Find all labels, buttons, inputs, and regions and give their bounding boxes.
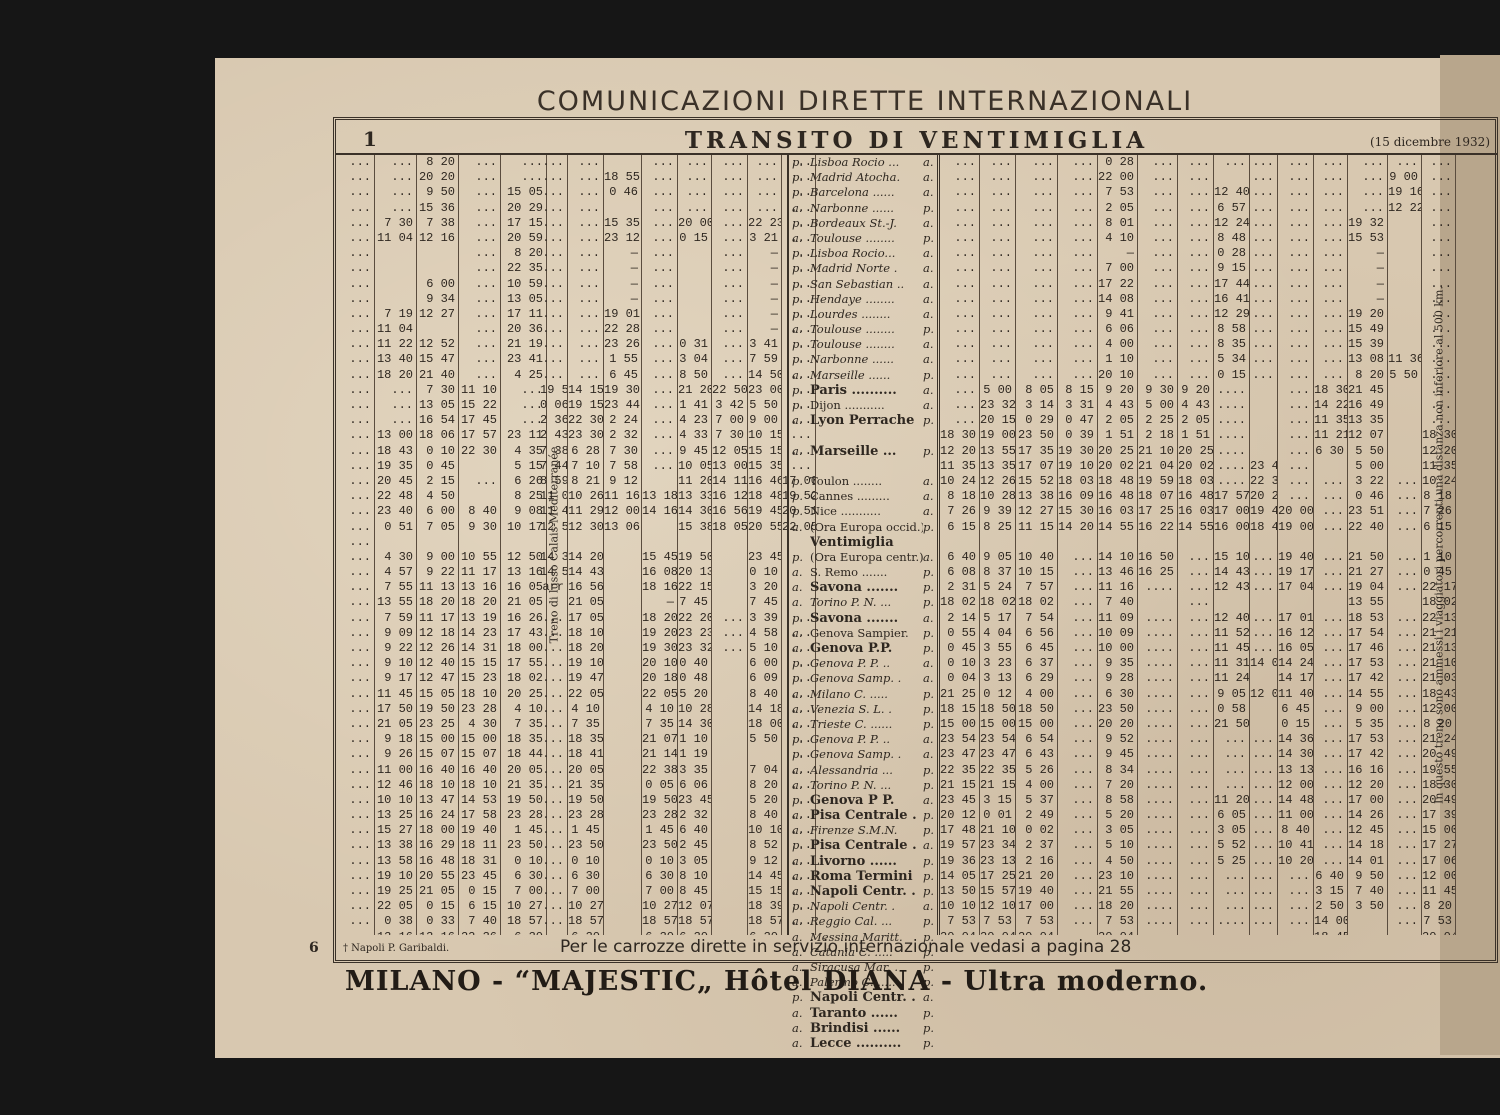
time-cell: 12 24 bbox=[1214, 216, 1246, 231]
time-cell: 13 00 bbox=[712, 459, 744, 474]
time-cell: ... bbox=[940, 231, 976, 246]
time-cell: 19 45 bbox=[748, 504, 778, 519]
time-cell: ... bbox=[1250, 337, 1274, 352]
time-cell: 12 27 bbox=[417, 307, 455, 322]
time-cell: 2 36 bbox=[540, 413, 564, 428]
time-cell: ... bbox=[1278, 444, 1310, 459]
time-cell: .... bbox=[1214, 398, 1246, 413]
time-cell: ... bbox=[712, 368, 744, 383]
time-cell: ... bbox=[1178, 292, 1210, 307]
time-cell: ... bbox=[1314, 580, 1344, 595]
time-cell: ... bbox=[1278, 383, 1310, 398]
station-name: (Ora Europa occid.) bbox=[810, 520, 923, 535]
time-cell bbox=[712, 808, 744, 823]
time-cell: 23 45 bbox=[1250, 459, 1274, 474]
time-cell: 17 50 bbox=[375, 702, 413, 717]
arr-dep-marker: p. bbox=[923, 413, 937, 428]
time-cell: 23 51 bbox=[1348, 504, 1384, 519]
time-cell: 13 05 bbox=[501, 292, 543, 307]
time-cell: 12 43 bbox=[1214, 580, 1246, 595]
time-cell: 18 30 bbox=[1314, 383, 1344, 398]
arr-dep-marker: p. bbox=[789, 155, 810, 170]
time-cell: ... bbox=[1314, 854, 1344, 869]
time-cell: 15 47 bbox=[417, 352, 455, 367]
time-cell bbox=[1388, 307, 1418, 322]
station-name: Dijon ........... bbox=[810, 398, 923, 413]
time-cell: ... bbox=[712, 155, 744, 170]
time-cell: ... bbox=[712, 611, 744, 626]
time-cell: ... bbox=[1388, 763, 1418, 778]
time-cell: 0 48 bbox=[678, 671, 708, 686]
time-cell: 5 17 bbox=[980, 611, 1012, 626]
time-cell: 16 46 bbox=[748, 474, 778, 489]
arr-dep-marker: p. bbox=[789, 504, 810, 519]
time-cell: 18 00 bbox=[748, 717, 778, 732]
time-cell: 3 50 bbox=[1348, 899, 1384, 914]
time-cell: 0 55 bbox=[940, 626, 976, 641]
time-cell: ... bbox=[1138, 352, 1174, 367]
time-cell: ... bbox=[642, 337, 674, 352]
time-cell: — bbox=[1348, 292, 1384, 307]
time-cell: ... bbox=[459, 155, 497, 170]
time-cell: ... bbox=[1178, 352, 1210, 367]
time-cell: ... bbox=[1016, 292, 1054, 307]
station-row: a.Lyon Perrachep. bbox=[789, 413, 937, 428]
station-row bbox=[789, 428, 937, 443]
time-cell: 0 10 bbox=[642, 854, 674, 869]
time-cell: ... bbox=[1016, 277, 1054, 292]
time-cell bbox=[1348, 535, 1384, 550]
time-cell: 21 10 bbox=[1138, 444, 1174, 459]
time-cell: .... bbox=[1138, 717, 1174, 732]
time-cell: 18 11 bbox=[459, 838, 497, 853]
time-cell bbox=[1138, 595, 1174, 610]
time-cell: ... bbox=[1178, 702, 1210, 717]
time-cell: 7 53 bbox=[1098, 185, 1134, 200]
time-cell bbox=[712, 884, 744, 899]
time-column: ........................................… bbox=[642, 155, 678, 935]
time-cell bbox=[459, 489, 497, 504]
time-cell: 21 50 bbox=[1214, 717, 1246, 732]
time-cell: 8 48 bbox=[1214, 231, 1246, 246]
time-cell: 22 20 bbox=[678, 611, 708, 626]
arr-dep-marker: p. bbox=[923, 854, 937, 869]
time-cell bbox=[604, 717, 638, 732]
time-cell: 18 02 bbox=[1016, 595, 1054, 610]
distance-note-label: In questo treno sono ammessi i viaggiato… bbox=[1431, 286, 1446, 804]
time-cell: 18 20 bbox=[417, 595, 455, 610]
arr-dep-marker: a. bbox=[923, 504, 937, 519]
time-cell bbox=[1250, 428, 1274, 443]
time-cell: ... bbox=[1388, 778, 1418, 793]
time-cell: 5 20 bbox=[748, 793, 778, 808]
time-cell bbox=[1250, 702, 1274, 717]
time-cell: ... bbox=[940, 352, 976, 367]
time-column: ........................................… bbox=[980, 155, 1016, 935]
time-cell: .... bbox=[1138, 808, 1174, 823]
time-cell: ... bbox=[337, 535, 371, 550]
time-cell: 11 29 bbox=[568, 504, 600, 519]
time-cell: 4 33 bbox=[678, 428, 708, 443]
time-cell: 6 43 bbox=[1016, 747, 1054, 762]
time-cell: 18 06 bbox=[417, 428, 455, 443]
time-cell: ... bbox=[540, 307, 564, 322]
time-cell: ... bbox=[501, 155, 543, 170]
time-cell: ... bbox=[540, 216, 564, 231]
time-column: ............19 3215 53————19 2015 4915 3… bbox=[1348, 155, 1388, 935]
time-cell: ... bbox=[540, 201, 564, 216]
time-cell: ... bbox=[540, 261, 564, 276]
time-cell: .... bbox=[1214, 428, 1246, 443]
time-cell bbox=[604, 747, 638, 762]
arr-dep-marker: a. bbox=[923, 550, 937, 565]
time-cell: 1 19 bbox=[678, 747, 708, 762]
time-cell: 9 22 bbox=[375, 641, 413, 656]
time-cell: .... bbox=[1138, 869, 1174, 884]
time-cell: ... bbox=[337, 216, 371, 231]
time-cell: 21 35 bbox=[568, 778, 600, 793]
time-cell: 8 01 bbox=[1098, 216, 1134, 231]
station-name: Genova Sampier. bbox=[810, 626, 923, 641]
time-cell: 4 23 bbox=[678, 413, 708, 428]
station-row: p.Pisa Centrale .a. bbox=[789, 838, 937, 853]
time-column: ........................................… bbox=[1250, 155, 1278, 935]
station-name: San Sebastian .. bbox=[810, 277, 923, 292]
arr-dep-marker: p. bbox=[789, 489, 810, 504]
time-cell bbox=[1214, 595, 1246, 610]
time-cell: 18 55 bbox=[604, 170, 638, 185]
time-cell: 15 35 bbox=[748, 459, 778, 474]
time-cell: ... bbox=[1388, 611, 1418, 626]
time-cell: ... bbox=[1388, 504, 1418, 519]
time-cell: 0 15 bbox=[1278, 717, 1310, 732]
time-cell bbox=[604, 565, 638, 580]
time-cell: 8 05 bbox=[1016, 383, 1054, 398]
station-name: Brindisi ...... bbox=[810, 1021, 923, 1036]
time-cell: ... bbox=[337, 474, 371, 489]
station-row: a.Alessandria ...p. bbox=[789, 763, 937, 778]
time-cell: 7 00 bbox=[642, 884, 674, 899]
time-cell: 0 10 bbox=[748, 565, 778, 580]
time-cell: 3 05 bbox=[678, 854, 708, 869]
time-cell: 5 50 bbox=[748, 398, 778, 413]
station-name: Narbonne ...... bbox=[810, 352, 923, 367]
time-cell: ... bbox=[459, 170, 497, 185]
time-cell: ... bbox=[1314, 702, 1344, 717]
time-cell: 16 24 bbox=[417, 808, 455, 823]
time-cell: ... bbox=[712, 322, 744, 337]
time-cell: 23 54 bbox=[940, 732, 976, 747]
time-cell: 14 20 bbox=[568, 550, 600, 565]
arr-dep-marker: a. bbox=[789, 368, 810, 383]
time-cell: ... bbox=[459, 231, 497, 246]
arr-dep-marker: p. bbox=[923, 565, 937, 580]
time-cell: 6 45 bbox=[604, 368, 638, 383]
time-cell: 12 16 bbox=[417, 231, 455, 246]
time-cell: ... bbox=[940, 307, 976, 322]
time-cell: 18 20 bbox=[568, 641, 600, 656]
time-cell: 13 19 bbox=[459, 611, 497, 626]
time-cell: ... bbox=[1058, 884, 1094, 899]
time-column: ........................................… bbox=[1058, 155, 1098, 935]
time-cell: ... bbox=[1016, 352, 1054, 367]
time-cell: 15 52 bbox=[1016, 474, 1054, 489]
arr-dep-marker: p. bbox=[923, 201, 937, 216]
time-cell: ... bbox=[642, 185, 674, 200]
station-row: p.Genova P. P. ..a. bbox=[789, 656, 937, 671]
time-cell: 6 37 bbox=[1016, 656, 1054, 671]
time-cell: ... bbox=[568, 170, 600, 185]
time-cell: 2 16 bbox=[1016, 854, 1054, 869]
time-cell: 19 17 bbox=[1278, 565, 1310, 580]
time-cell: 23 34 bbox=[980, 838, 1012, 853]
station-row: p.Toulon ........a. bbox=[789, 474, 937, 489]
time-cell: ... bbox=[642, 155, 674, 170]
time-cell: ... bbox=[540, 778, 564, 793]
time-cell: 22 35 bbox=[980, 763, 1012, 778]
arr-dep-marker: a. bbox=[923, 838, 937, 853]
time-cell: 18 07 bbox=[1138, 489, 1174, 504]
time-cell: 12 30 bbox=[568, 520, 600, 535]
time-cell: 9 30 bbox=[459, 520, 497, 535]
time-cell: ... bbox=[1388, 489, 1418, 504]
time-cell: 18 20 bbox=[642, 611, 674, 626]
time-cell: 17 22 bbox=[1098, 277, 1134, 292]
time-cell: 23 28 bbox=[642, 808, 674, 823]
time-cell: 11 13 bbox=[417, 580, 455, 595]
time-cell: — bbox=[748, 261, 778, 276]
time-cell: ... bbox=[642, 428, 674, 443]
time-cell: 21 25 bbox=[940, 687, 976, 702]
time-cell: 19 50 bbox=[568, 793, 600, 808]
time-cell: 23 50 bbox=[642, 838, 674, 853]
time-cell bbox=[604, 808, 638, 823]
time-cell: 15 00 bbox=[1422, 823, 1452, 838]
time-cell: 19 25 bbox=[375, 884, 413, 899]
time-cell: 11 20 bbox=[1214, 793, 1246, 808]
time-cell: 21 35 bbox=[501, 778, 543, 793]
time-cell: ... bbox=[1388, 626, 1418, 641]
time-cell: ... bbox=[1178, 914, 1210, 929]
time-cell: ... bbox=[1138, 261, 1174, 276]
time-cell: 23 30 bbox=[568, 428, 600, 443]
time-cell: ... bbox=[1250, 611, 1274, 626]
time-cell bbox=[1250, 383, 1274, 398]
station-name: Toulon ........ bbox=[810, 474, 923, 489]
time-cell: 8 52 bbox=[748, 838, 778, 853]
time-cell: 1 10 bbox=[1098, 352, 1134, 367]
time-cell: 23 54 bbox=[980, 732, 1012, 747]
time-cell: 8 50 bbox=[678, 368, 708, 383]
time-cell: 16 56 bbox=[712, 504, 744, 519]
time-cell: 7 04 bbox=[748, 763, 778, 778]
time-cell: 19 15 bbox=[568, 398, 600, 413]
time-cell bbox=[1214, 535, 1246, 550]
time-cell: 22 00 bbox=[1098, 170, 1134, 185]
arr-dep-marker: p. bbox=[923, 808, 937, 823]
arr-dep-marker: a. bbox=[789, 595, 810, 610]
time-cell: ... bbox=[1314, 520, 1344, 535]
time-cell: ... bbox=[980, 231, 1012, 246]
time-cell: ... bbox=[1016, 246, 1054, 261]
arr-dep-marker: p. bbox=[923, 580, 937, 595]
arr-dep-marker: a. bbox=[923, 307, 937, 322]
table-title: TRANSITO DI VENTIMIGLIA bbox=[335, 127, 1498, 154]
time-cell: 5 00 bbox=[1348, 459, 1384, 474]
time-cell: ... bbox=[1178, 246, 1210, 261]
time-cell: 13 38 bbox=[1016, 489, 1054, 504]
time-cell: ... bbox=[1214, 763, 1246, 778]
time-cell: 4 57 bbox=[375, 565, 413, 580]
time-cell: 10 27 bbox=[642, 899, 674, 914]
time-cell: 16 54 bbox=[417, 413, 455, 428]
time-cell: ... bbox=[568, 246, 600, 261]
time-cell: ... bbox=[459, 185, 497, 200]
time-cell: .... bbox=[1138, 611, 1174, 626]
time-cell: 8 58 bbox=[1098, 793, 1134, 808]
arr-dep-marker: a. bbox=[789, 322, 810, 337]
station-name: Trieste C. ...... bbox=[810, 717, 923, 732]
time-cell: 12 52 bbox=[417, 337, 455, 352]
time-cell: ... bbox=[1278, 185, 1310, 200]
time-cell: ... bbox=[1138, 368, 1174, 383]
time-cell: 6 09 bbox=[748, 671, 778, 686]
time-cell: ... bbox=[337, 550, 371, 565]
arr-dep-marker: p. bbox=[789, 671, 810, 686]
time-cell: 10 20 bbox=[1278, 854, 1310, 869]
arr-dep-marker: p. bbox=[789, 838, 810, 853]
time-cell: 15 07 bbox=[459, 747, 497, 762]
time-cell: ... bbox=[1314, 337, 1344, 352]
time-cell: ... bbox=[1178, 611, 1210, 626]
time-cell: 11 15 bbox=[1016, 520, 1054, 535]
time-cell: ... bbox=[1016, 201, 1054, 216]
time-cell: ... bbox=[642, 292, 674, 307]
time-cell: 20 10 bbox=[642, 656, 674, 671]
time-cell: 13 33 bbox=[678, 489, 708, 504]
time-cell: ... bbox=[568, 277, 600, 292]
time-cell: 12 40 bbox=[417, 656, 455, 671]
time-cell: 7 30 bbox=[604, 444, 638, 459]
station-name: Lyon Perrache bbox=[810, 413, 923, 428]
time-column: ........................................… bbox=[568, 155, 604, 935]
time-cell: 0 10 bbox=[568, 854, 600, 869]
time-cell: ... bbox=[1214, 869, 1246, 884]
time-cell: 12 00 bbox=[604, 504, 638, 519]
time-cell bbox=[1250, 535, 1274, 550]
time-cell: ... bbox=[568, 307, 600, 322]
time-cell: 14 55 bbox=[1178, 520, 1210, 535]
time-cell: ... bbox=[337, 520, 371, 535]
time-cell: 23 50 bbox=[1098, 702, 1134, 717]
time-cell: 3 31 bbox=[1058, 398, 1094, 413]
time-cell: 16 48 bbox=[417, 854, 455, 869]
time-cell: ... bbox=[1178, 216, 1210, 231]
time-cell bbox=[1314, 595, 1344, 610]
time-cell: ... bbox=[1058, 823, 1094, 838]
time-cell: 14 08 bbox=[1098, 292, 1134, 307]
time-cell: 4 43 bbox=[1098, 398, 1134, 413]
time-cell: 18 10 bbox=[568, 626, 600, 641]
time-cell bbox=[1388, 444, 1418, 459]
time-cell: ... bbox=[1422, 261, 1452, 276]
arr-dep-marker: a. bbox=[789, 413, 810, 428]
arr-dep-marker: p. bbox=[923, 914, 937, 929]
time-cell: 21 27 bbox=[1348, 565, 1384, 580]
arr-dep-marker: a. bbox=[923, 246, 937, 261]
time-cell: 20 25 bbox=[1098, 444, 1134, 459]
time-cell: ... bbox=[1250, 322, 1274, 337]
time-cell: ... bbox=[540, 793, 564, 808]
time-cell: 22 28 bbox=[604, 322, 638, 337]
time-cell: 14 15 bbox=[568, 383, 600, 398]
arr-dep-marker: a. bbox=[789, 580, 810, 595]
time-cell: ... bbox=[642, 459, 674, 474]
time-cell: 22 15 bbox=[678, 580, 708, 595]
arr-dep-marker bbox=[923, 535, 937, 550]
time-cell: ... bbox=[1250, 185, 1274, 200]
time-cell: ... bbox=[642, 216, 674, 231]
time-cell: ... bbox=[1388, 702, 1418, 717]
time-cell: 8 35 bbox=[1214, 337, 1246, 352]
time-cell: ... bbox=[1058, 914, 1094, 929]
time-cell: 18 20 bbox=[1098, 899, 1134, 914]
time-cell: 17 27 bbox=[1422, 838, 1452, 853]
time-cell: ... bbox=[1250, 352, 1274, 367]
time-cell: 13 00 bbox=[375, 428, 413, 443]
time-cell: ... bbox=[1058, 550, 1094, 565]
time-cell: ... bbox=[1250, 914, 1274, 929]
time-cell: 12 45 bbox=[1348, 823, 1384, 838]
station-row: a.Lecce ..........p. bbox=[789, 1036, 937, 1051]
time-cell bbox=[642, 535, 674, 550]
time-cell bbox=[712, 823, 744, 838]
arr-dep-marker: p. bbox=[923, 823, 937, 838]
time-cell: 21 40 bbox=[417, 368, 455, 383]
time-cell: ... bbox=[1250, 246, 1274, 261]
time-cell: 19 10 bbox=[1058, 459, 1094, 474]
time-cell: ... bbox=[337, 793, 371, 808]
time-cell: 14 11 bbox=[712, 474, 744, 489]
time-cell: 10 40 bbox=[1016, 550, 1054, 565]
time-cell: ... bbox=[568, 292, 600, 307]
time-cell: ... bbox=[337, 398, 371, 413]
time-cell: 13 06 bbox=[604, 520, 638, 535]
time-column: ........................................… bbox=[459, 155, 501, 935]
time-cell: ... bbox=[337, 322, 371, 337]
time-cell: 0 47 bbox=[1058, 413, 1094, 428]
time-cell: ... bbox=[540, 231, 564, 246]
time-cell: ... bbox=[1058, 838, 1094, 853]
time-cell bbox=[604, 671, 638, 686]
time-cell: ... bbox=[337, 869, 371, 884]
time-cell: 11 21 bbox=[1314, 428, 1344, 443]
time-cell: ... bbox=[1138, 246, 1174, 261]
time-cell: 15 00 bbox=[1016, 717, 1054, 732]
time-cell: 9 30 bbox=[1138, 383, 1174, 398]
time-cell: 23 26 bbox=[604, 337, 638, 352]
time-cell: ... bbox=[501, 383, 543, 398]
time-cell: 2 50 bbox=[1314, 899, 1344, 914]
time-cell: ... bbox=[712, 352, 744, 367]
time-cell: ... bbox=[1278, 337, 1310, 352]
time-cell: ... bbox=[712, 246, 744, 261]
time-cell: 1 51 bbox=[1098, 428, 1134, 443]
time-cell: ... bbox=[1138, 292, 1174, 307]
time-cell: 15 00 bbox=[940, 717, 976, 732]
time-cell: 8 34 bbox=[1098, 763, 1134, 778]
time-cell: 13 47 bbox=[417, 793, 455, 808]
